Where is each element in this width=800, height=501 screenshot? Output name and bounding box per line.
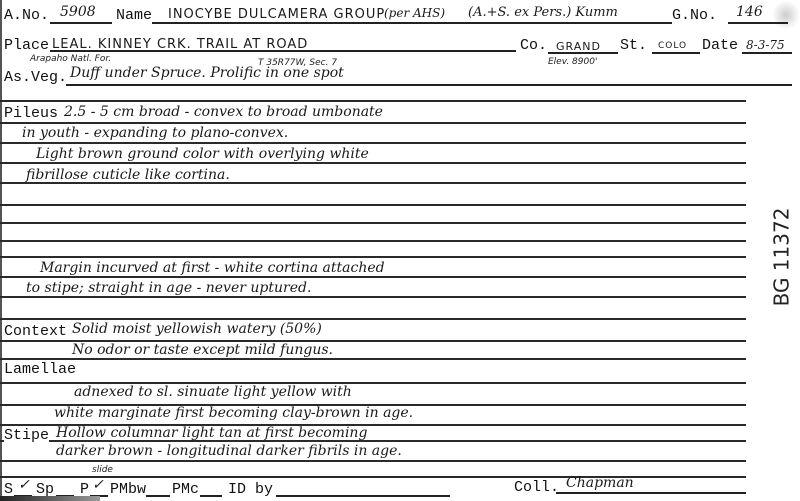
p-note: slide — [92, 466, 113, 475]
ruled-line — [0, 162, 746, 164]
ruled-line — [0, 296, 746, 298]
state-label: St. — [620, 38, 647, 53]
place-label: Place — [4, 38, 49, 53]
pmbw-label: PMbw — [110, 482, 146, 497]
context-label: Context — [4, 324, 67, 339]
lamellae-line-1: adnexed to sl. sinuate light yellow with — [74, 385, 352, 399]
side-number: BG 11372 — [772, 205, 792, 305]
asveg-value: Duff under Spruce. Prolific in one spot — [70, 66, 344, 80]
idby-label: ID by — [228, 482, 273, 497]
margin-line-2: to stipe; straight in age - never upture… — [26, 281, 311, 295]
name-note: (per AHS) — [384, 6, 445, 20]
asveg-label: As.Veg. — [4, 70, 67, 85]
side-number-text: BG 11372 — [769, 208, 793, 307]
gno-value: 146 — [736, 5, 763, 19]
coll-label: Coll. — [514, 480, 559, 495]
underline — [146, 495, 170, 497]
county-label: Co. — [520, 38, 547, 53]
s-label: S — [4, 482, 13, 497]
ruled-line — [0, 318, 746, 320]
ruled-line — [0, 142, 746, 144]
accession-value: 5908 — [60, 5, 96, 19]
pileus-line-3: Light brown ground color with overlying … — [36, 147, 369, 161]
smudge — [772, 0, 800, 30]
underline — [66, 84, 792, 86]
accession-label: A.No. — [4, 8, 49, 23]
name-value: INOCYBE DULCAMERA GROUP — [168, 8, 385, 21]
ruled-line — [0, 476, 746, 478]
scan-shadow — [0, 496, 100, 501]
name-label: Name — [116, 8, 152, 23]
pileus-line-2: in youth - expanding to plano-convex. — [22, 126, 288, 140]
pileus-label: Pileus — [4, 106, 58, 121]
sp-label: Sp — [36, 482, 54, 497]
coll-value: Chapman — [566, 476, 634, 490]
place-sub-left: Arapaho Natl. For. — [30, 55, 111, 64]
underline — [728, 22, 788, 24]
margin-line-1: Margin incurved at first - white cortina… — [40, 261, 385, 275]
date-label: Date — [702, 38, 738, 53]
ruled-line — [0, 460, 746, 462]
stipe-label: Stipe — [4, 428, 49, 443]
pileus-line-4: fibrillose cuticle like cortina. — [26, 168, 230, 182]
underline — [152, 22, 672, 24]
underline — [200, 495, 222, 497]
ruled-line — [0, 122, 746, 124]
stipe-line-2: darker brown - longitudinal darker fibri… — [56, 444, 402, 458]
gno-label: G.No. — [672, 8, 717, 23]
lamellae-line-2: white marginate first becoming clay-brow… — [54, 406, 413, 420]
ruled-line — [0, 204, 746, 206]
pmc-label: PMc — [172, 482, 199, 497]
date-value: 8-3-75 — [746, 38, 785, 52]
context-line-1: Solid moist yellowish watery (50%) — [72, 322, 322, 336]
p-label: P — [80, 482, 89, 497]
pileus-line-1: 2.5 - 5 cm broad - convex to broad umbon… — [64, 105, 383, 119]
underline — [276, 495, 450, 497]
name-author: (A.+S. ex Pers.) Kumm — [468, 6, 618, 20]
underline — [652, 52, 700, 54]
elevation: Elev. 8900' — [548, 58, 597, 67]
lamellae-label: Lamellae — [4, 362, 76, 377]
ruled-line — [0, 276, 746, 278]
context-line-2: No odor or taste except mild fungus. — [72, 343, 333, 357]
underline — [50, 50, 516, 52]
underline — [548, 52, 618, 54]
ruled-line — [0, 222, 746, 224]
ruled-line — [0, 240, 746, 242]
underline — [50, 22, 112, 24]
s-check: ✓ — [18, 478, 30, 492]
ruled-line — [0, 100, 746, 102]
ruled-line — [0, 256, 746, 258]
stipe-line-1: Hollow columnar light tan at first becom… — [56, 426, 367, 440]
ruled-line — [0, 358, 746, 360]
underline — [556, 492, 746, 494]
p-check: ✓ — [92, 478, 104, 492]
underline — [742, 52, 792, 54]
